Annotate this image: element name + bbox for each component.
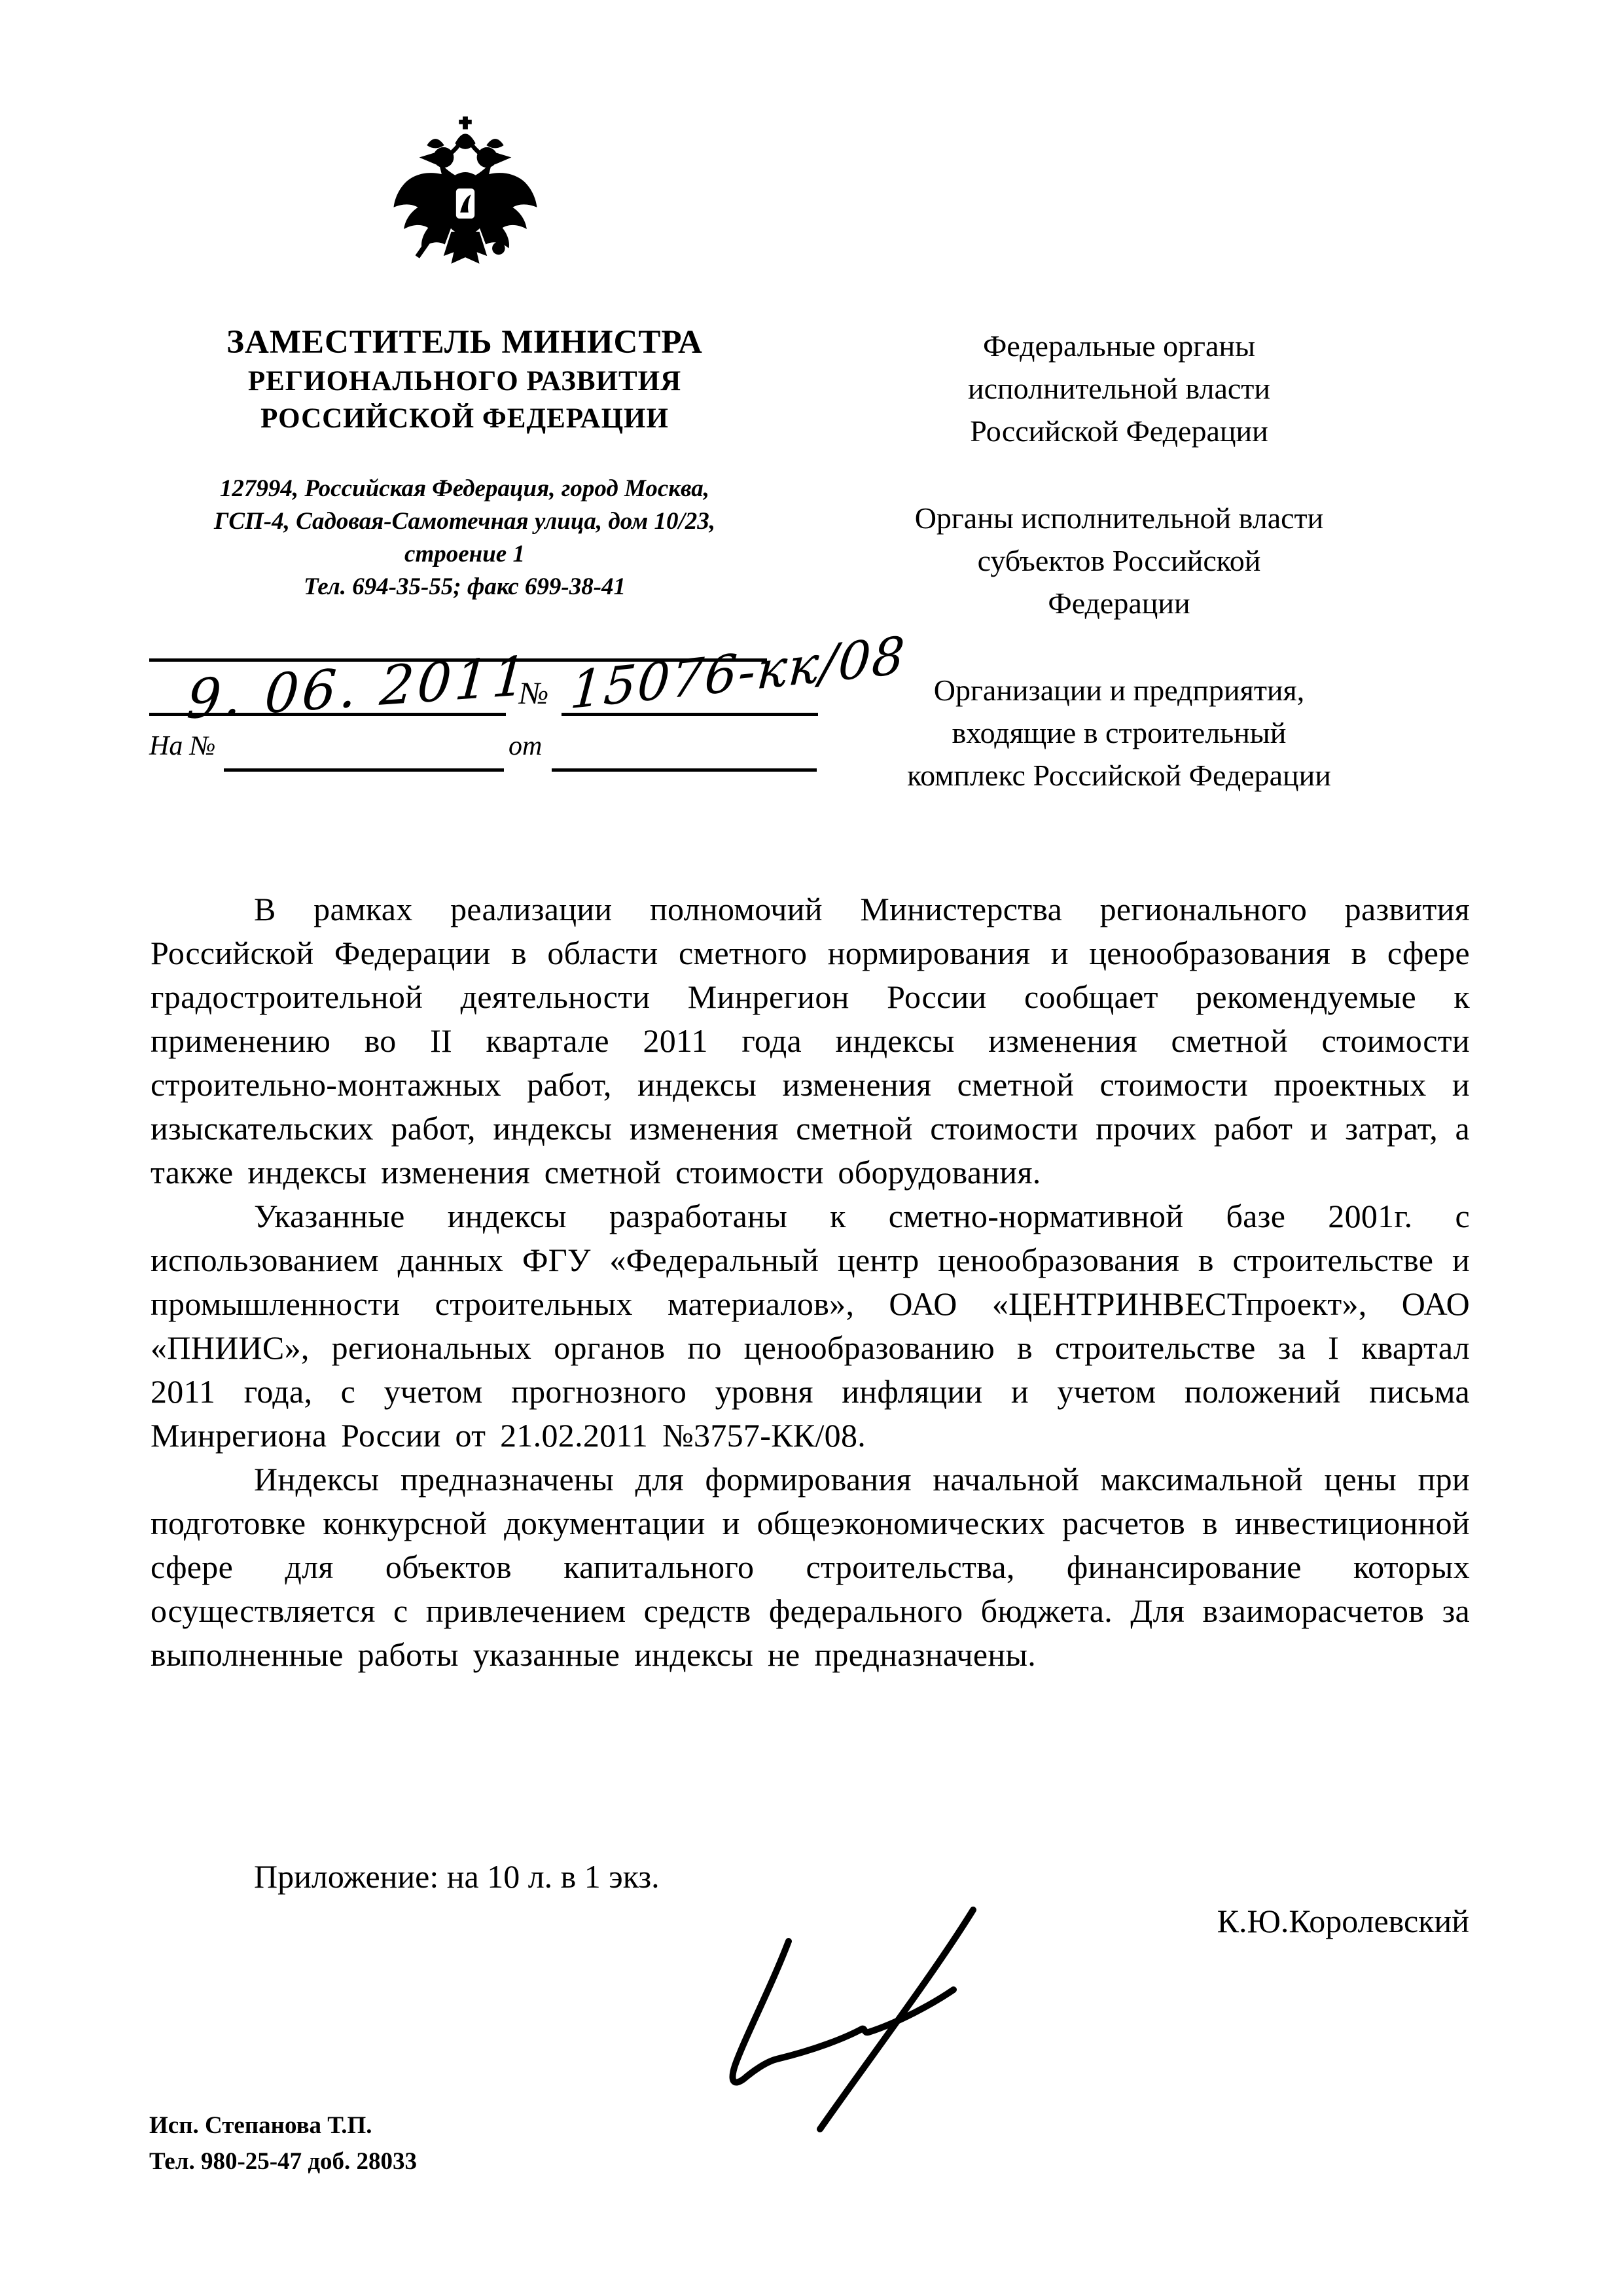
address-line: строение 1: [137, 538, 792, 571]
letterhead-address: 127994, Российская Федерация, город Моск…: [137, 473, 792, 603]
letterhead-title: ЗАМЕСТИТЕЛЬ МИНИСТРА РЕГИОНАЛЬНОГО РАЗВИ…: [137, 322, 792, 437]
body-paragraph-1: В рамках реализации полномочий Министерс…: [151, 888, 1470, 1194]
recipients-list: Федеральные органы исполнительной власти…: [830, 325, 1408, 841]
address-line: 127994, Российская Федерация, город Моск…: [137, 473, 792, 505]
executor-name: Исп. Степанова Т.П.: [149, 2108, 417, 2144]
reply-date-underline: [552, 768, 817, 772]
recipient-line: Органы исполнительной власти: [830, 497, 1408, 539]
attachment-note: Приложение: на 10 л. в 1 экз.: [254, 1857, 660, 1895]
address-line: ГСП-4, Садовая-Самотечная улица, дом 10/…: [137, 505, 792, 538]
body-paragraph-3: Индексы предназначены для формирования н…: [151, 1458, 1470, 1677]
recipient-line: Российской Федерации: [830, 410, 1408, 452]
address-line: Тел. 694-35-55; факс 699-38-41: [137, 571, 792, 603]
document-page: ЗАМЕСТИТЕЛЬ МИНИСТРА РЕГИОНАЛЬНОГО РАЗВИ…: [0, 0, 1623, 2296]
recipient-federal-bodies: Федеральные органы исполнительной власти…: [830, 325, 1408, 452]
recipient-line: Организации и предприятия,: [830, 669, 1408, 711]
reply-to-label: На №: [149, 730, 215, 762]
recipient-regional-bodies: Органы исполнительной власти субъектов Р…: [830, 497, 1408, 624]
letterhead-title-line1: ЗАМЕСТИТЕЛЬ МИНИСТРА: [137, 322, 792, 363]
letterhead-title-line3: РОССИЙСКОЙ ФЕДЕРАЦИИ: [137, 400, 792, 437]
letter-body: В рамках реализации полномочий Министерс…: [151, 888, 1470, 1677]
recipient-line: субъектов Российской: [830, 539, 1408, 582]
recipient-line: исполнительной власти: [830, 367, 1408, 410]
handwritten-signature-icon: [717, 1897, 1037, 2145]
recipient-line: комплекс Российской Федерации: [830, 754, 1408, 797]
executor-block: Исп. Степанова Т.П. Тел. 980-25-47 доб. …: [149, 2108, 417, 2179]
recipient-line: Федерации: [830, 582, 1408, 624]
recipient-line: Федеральные органы: [830, 325, 1408, 367]
russia-coat-of-arms-icon: [388, 115, 543, 288]
letterhead-title-line2: РЕГИОНАЛЬНОГО РАЗВИТИЯ: [137, 363, 792, 400]
signer-name: К.Ю.Королевский: [1113, 1902, 1469, 1940]
body-paragraph-2: Указанные индексы разработаны к сметно-н…: [151, 1194, 1470, 1458]
reply-number-underline: [224, 768, 504, 772]
recipient-line: входящие в строительный: [830, 711, 1408, 754]
reply-from-label: от: [508, 730, 542, 762]
recipient-construction-organizations: Организации и предприятия, входящие в ст…: [830, 669, 1408, 797]
executor-phone: Тел. 980-25-47 доб. 28033: [149, 2144, 417, 2179]
number-sign-label: №: [519, 675, 548, 711]
